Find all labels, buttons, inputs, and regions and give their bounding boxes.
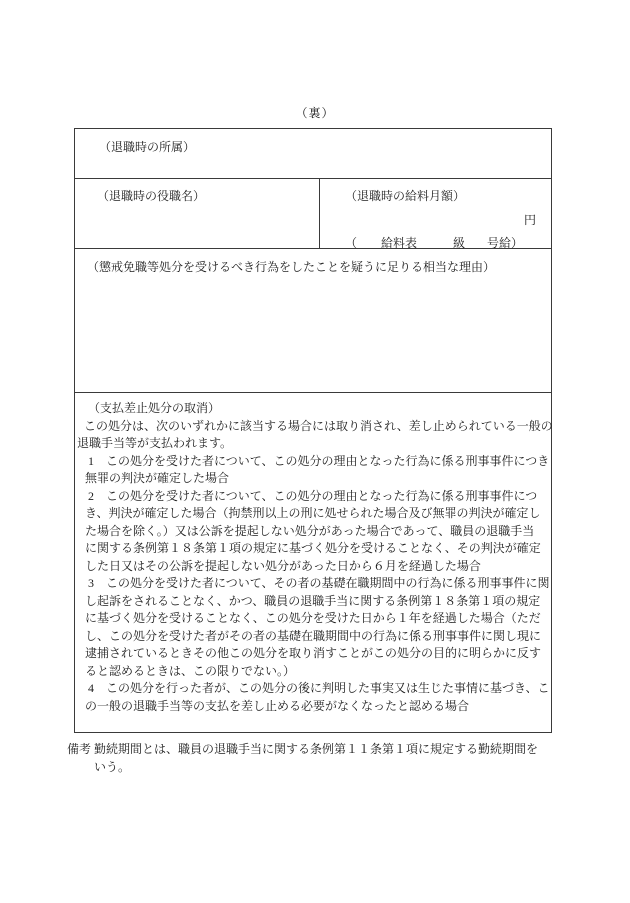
position-cell: （退職時の役職名） [75,179,319,248]
cancellation-line: き、判決が確定した場合（拘禁刑以上の刑に処せられた場合及び無罪の判決が確定し [85,505,547,523]
cancellation-item-1: 1 この処分を受けた者について、この処分の理由となった行為に係る刑事事件につき [88,453,547,471]
cancellation-line: した日又はその公訴を提起しない処分があった日から６月を経過した場合 [85,558,547,576]
cancellation-line: た場合を除く。）又は公訴を提起しない処分があった場合であって、職員の退職手当 [85,523,547,541]
cancellation-line: に基づく処分を受けることなく、この処分を受けた日から１年を経過した場合（ただ [85,610,547,628]
step-label: 号給） [487,234,523,251]
remarks-body: 勤続期間とは、職員の退職手当に関する条例第１１条第１項に規定する勤続期間を いう… [94,740,538,776]
yen-unit: 円 [320,211,551,228]
remarks: 備考 勤続期間とは、職員の退職手当に関する条例第１１条第１項に規定する勤続期間を… [67,740,563,776]
cancellation-line: 退職手当等が支払われます。 [77,435,547,453]
cancellation-line: この処分は、次のいずれかに該当する場合には取り消され、差し止められている一般の [84,418,547,436]
document-page: （裏） （退職時の所属） （退職時の役職名） （退職時の給料月額） 円 （ 給料… [0,0,630,903]
reason-label: （懲戒免職等処分を受けるべき行為をしたことを疑うに足りる相当な理由） [87,258,545,275]
cancellation-cell: （支払差止処分の取消） この処分は、次のいずれかに該当する場合には取り消され、差… [75,393,551,732]
position-salary-row: （退職時の役職名） （退職時の給料月額） 円 （ 給料表 級 号給） [75,179,551,249]
cancellation-heading: （支払差止処分の取消） [88,400,547,418]
cancellation-line: 無罪の判決が確定した場合 [85,470,547,488]
reason-cell: （懲戒免職等処分を受けるべき行為をしたことを疑うに足りる相当な理由） [75,249,551,393]
cancellation-line: ると認めるときは、この限りでない。） [85,663,547,681]
cancellation-line: し、この処分を受けた者がその者の基礎在職期間中の行為に係る刑事事件に関し現に [85,628,547,646]
scale-open-paren: （ [345,234,357,251]
back-side-label: （裏） [0,104,630,121]
retirement-form-table: （退職時の所属） （退職時の役職名） （退職時の給料月額） 円 （ 給料表 級 … [74,128,552,733]
cancellation-line: の一般の退職手当等の支払を差し止める必要がなくなったと認める場合 [85,698,547,716]
cancellation-item-3: 3 この処分を受けた者について、その者の基礎在職期間中の行為に係る刑事事件に関 [88,575,547,593]
cancellation-line: し起訴をされることなく、かつ、職員の退職手当に関する条例第１８条第１項の規定 [85,593,547,611]
remarks-line: いう。 [94,758,538,776]
grade-label: 級 [453,234,465,251]
cancellation-line: 逮捕されているときその他この処分を取り消すことがこの処分の目的に明らかに反す [85,645,547,663]
cancellation-item-2: 2 この処分を受けた者について、この処分の理由となった行為に係る刑事事件につ [88,488,547,506]
cancellation-line: に関する条例第１８条第１項の規定に基づく処分を受けることなく、その判決が確定 [85,540,547,558]
salary-table-label: 給料表 [381,234,417,251]
salary-scale-row: （ 給料表 級 号給） [320,234,551,251]
remarks-label: 備考 [67,740,91,776]
remarks-line: 勤続期間とは、職員の退職手当に関する条例第１１条第１項に規定する勤続期間を [94,740,538,758]
affiliation-label: （退職時の所属） [99,138,545,155]
affiliation-cell: （退職時の所属） [75,129,551,179]
salary-label: （退職時の給料月額） [320,187,551,204]
position-label: （退職時の役職名） [97,187,313,204]
salary-cell: （退職時の給料月額） 円 （ 給料表 級 号給） [319,179,551,248]
cancellation-item-4: 4 この処分を行った者が、この処分の後に判明した事実又は生じた事情に基づき、こ [88,680,547,698]
